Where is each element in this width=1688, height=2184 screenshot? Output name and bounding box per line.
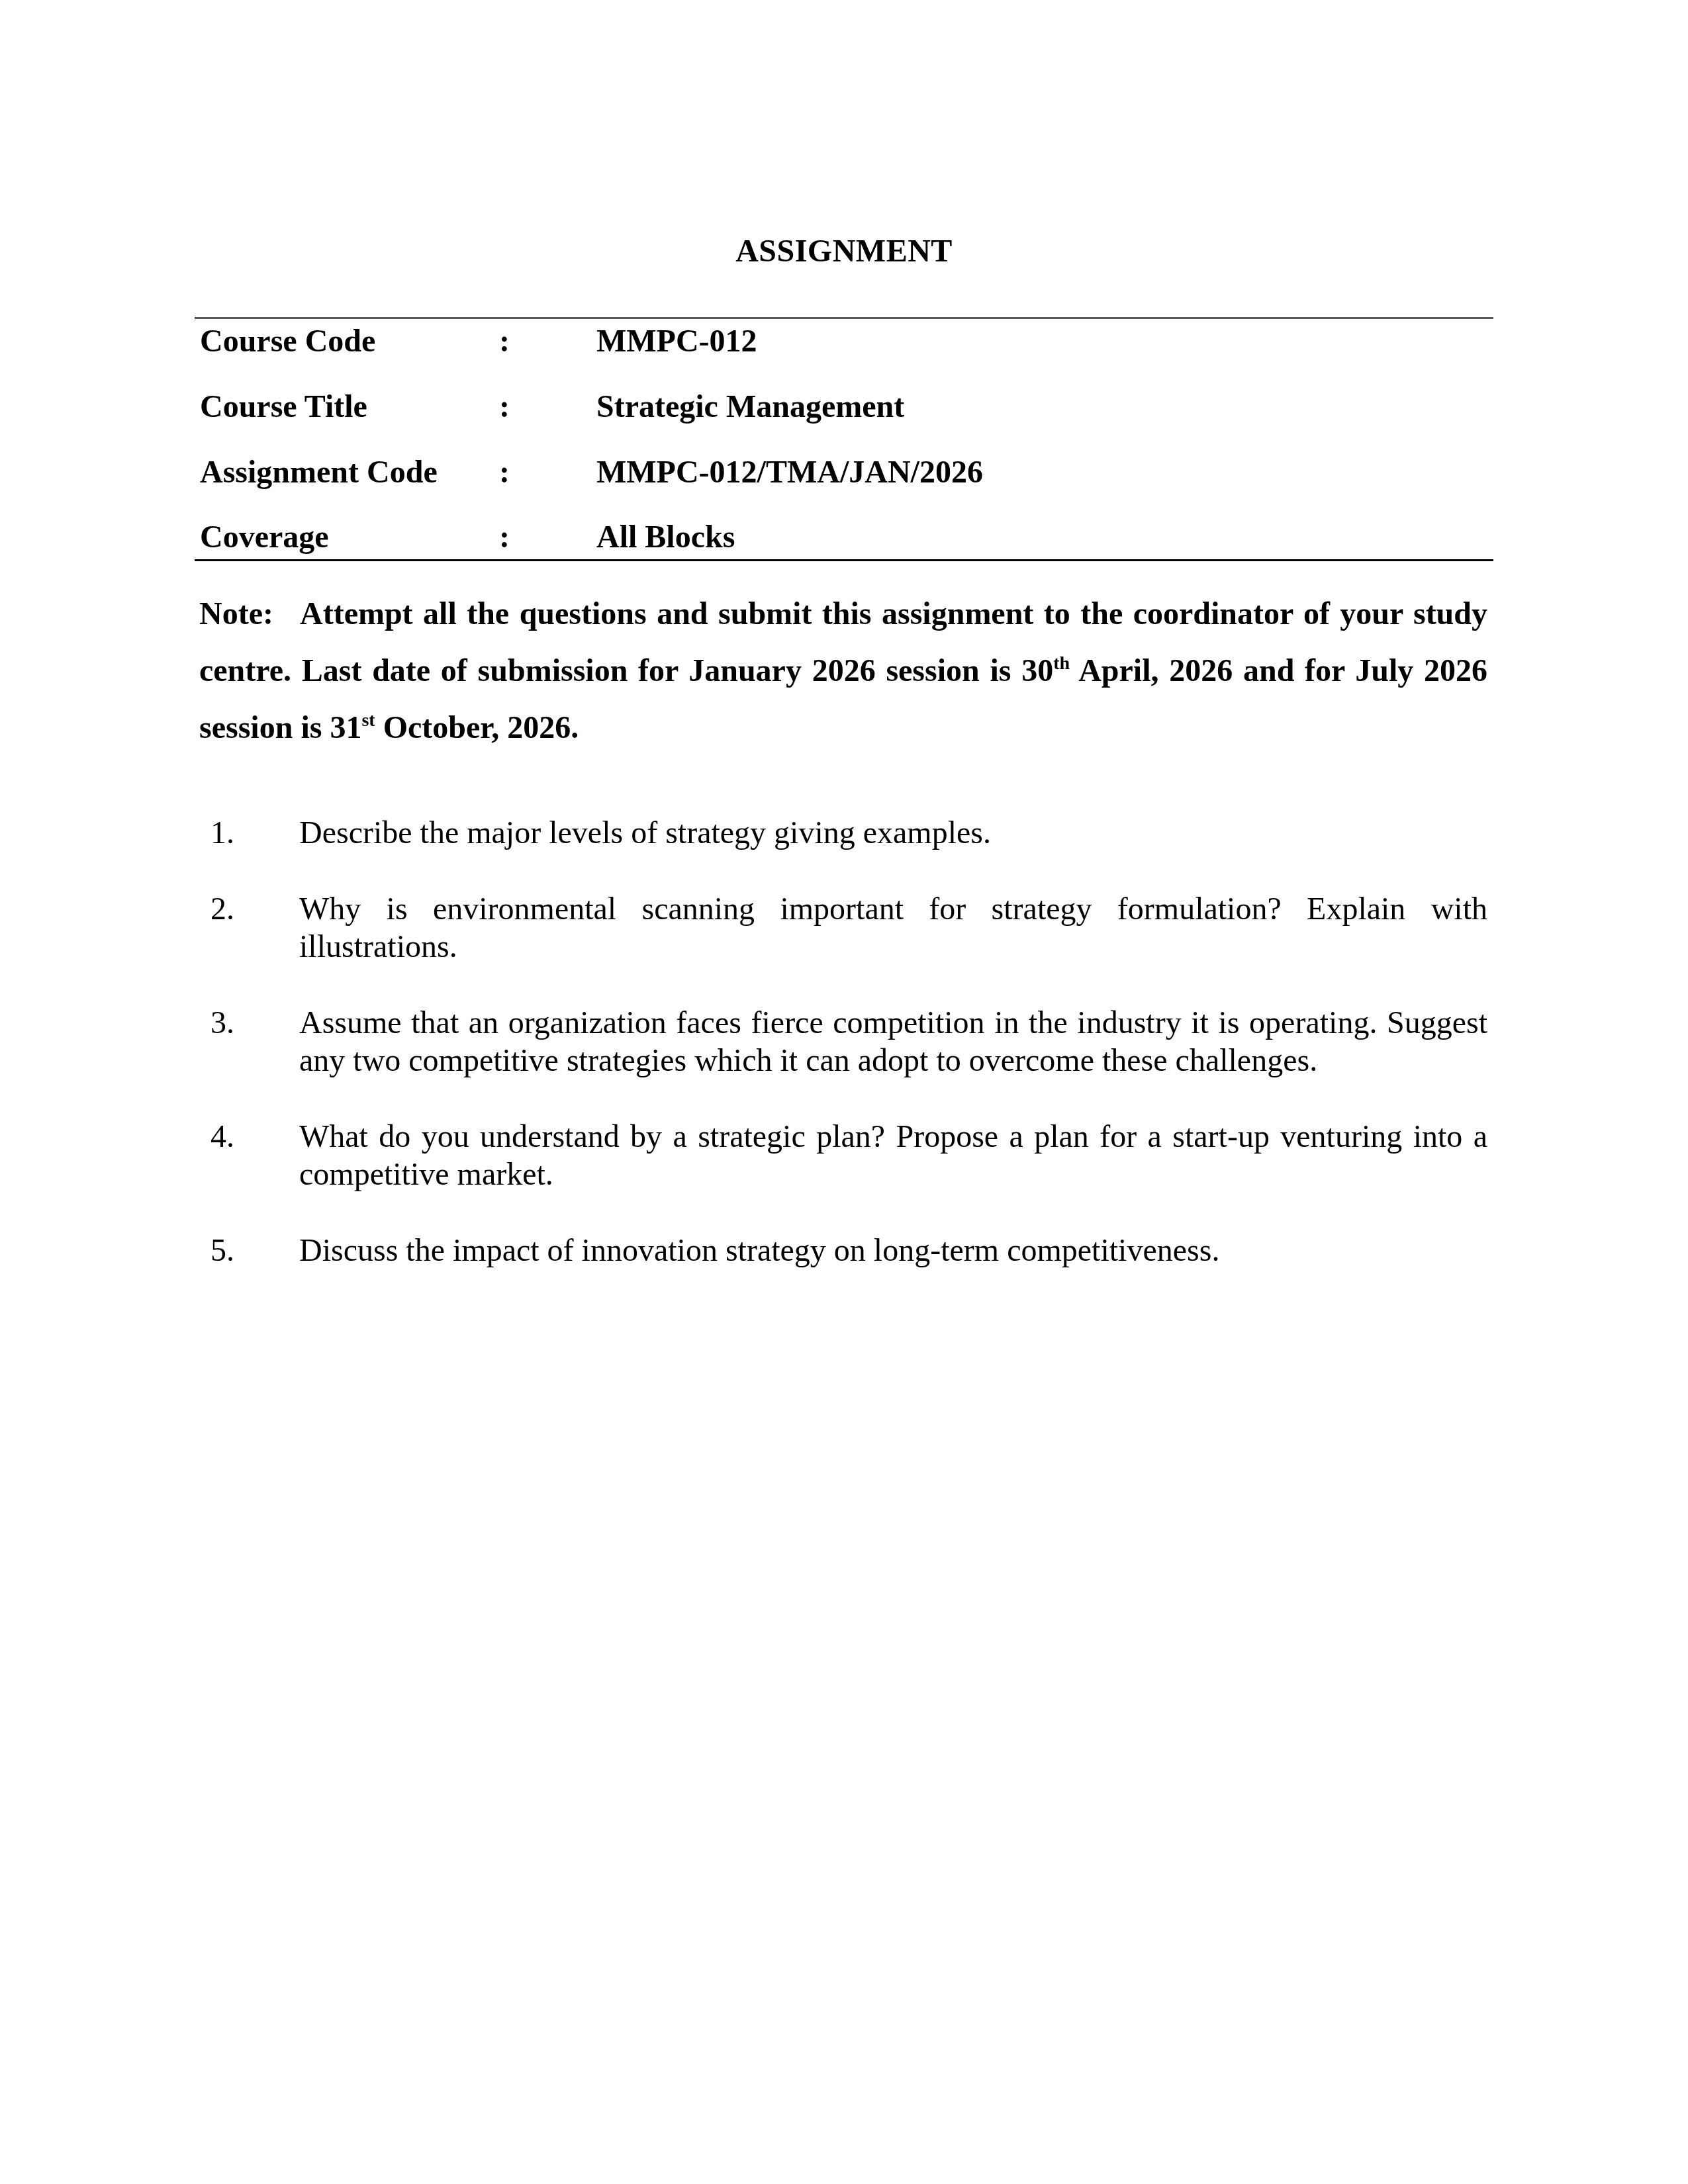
- question-number: 3.: [211, 1004, 234, 1042]
- note-superscript-th: th: [1053, 653, 1070, 674]
- meta-label: Coverage: [200, 518, 329, 557]
- meta-value: MMPC-012: [596, 322, 757, 361]
- question-text: What do you understand by a strategic pl…: [299, 1118, 1487, 1193]
- submission-note: Note:Attempt all the questions and submi…: [199, 586, 1487, 756]
- meta-value: Strategic Management: [596, 387, 904, 427]
- question-text: Discuss the impact of innovation strateg…: [299, 1232, 1487, 1269]
- question-number: 4.: [211, 1118, 234, 1156]
- meta-value: MMPC-012/TMA/JAN/2026: [596, 453, 983, 492]
- meta-label: Assignment Code: [200, 453, 438, 492]
- question-item: 2. Why is environmental scanning importa…: [211, 890, 1487, 966]
- question-number: 5.: [211, 1232, 234, 1269]
- meta-value: All Blocks: [596, 518, 735, 557]
- meta-label: Course Code: [200, 322, 375, 361]
- question-number: 2.: [211, 890, 234, 928]
- question-item: 5. Discuss the impact of innovation stra…: [211, 1232, 1487, 1269]
- question-list: 1. Describe the major levels of strategy…: [211, 814, 1487, 1308]
- meta-separator: :: [499, 387, 510, 427]
- meta-separator: :: [499, 322, 510, 361]
- question-number: 1.: [211, 814, 234, 852]
- question-item: 4. What do you understand by a strategic…: [211, 1118, 1487, 1193]
- meta-separator: :: [499, 518, 510, 557]
- meta-separator: :: [499, 453, 510, 492]
- question-item: 3. Assume that an organization faces fie…: [211, 1004, 1487, 1079]
- question-text: Assume that an organization faces fierce…: [299, 1004, 1487, 1079]
- note-text: October, 2026.: [375, 710, 579, 745]
- meta-label: Course Title: [200, 387, 367, 427]
- page-title: ASSIGNMENT: [0, 232, 1688, 271]
- note-label: Note:: [199, 586, 300, 643]
- question-item: 1. Describe the major levels of strategy…: [211, 814, 1487, 852]
- question-text: Why is environmental scanning important …: [299, 890, 1487, 966]
- question-text: Describe the major levels of strategy gi…: [299, 814, 1487, 852]
- note-superscript-st: st: [361, 710, 375, 731]
- header-rule-bottom: [195, 559, 1493, 561]
- header-rule-top: [195, 317, 1493, 319]
